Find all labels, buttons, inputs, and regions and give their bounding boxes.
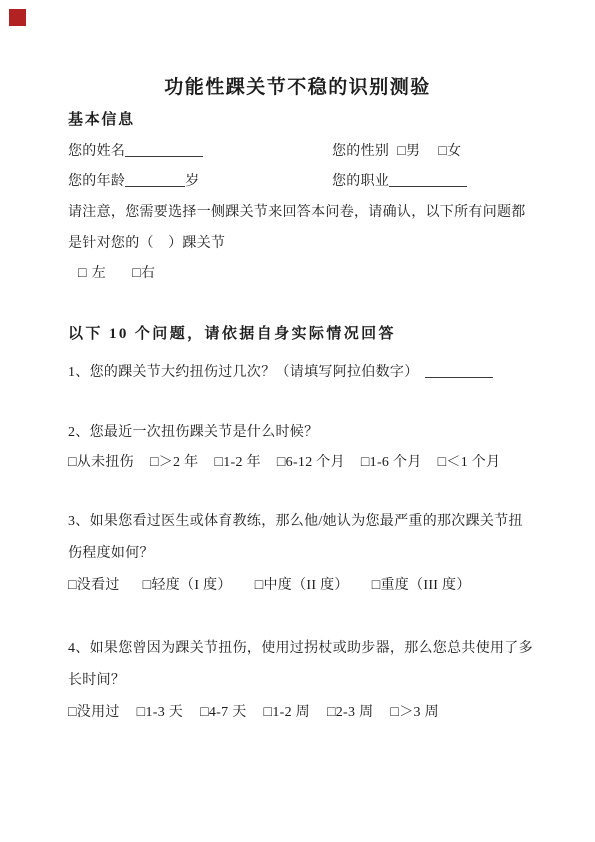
- option-label: 女: [447, 144, 461, 159]
- checkbox-left-ankle[interactable]: □左: [78, 264, 106, 283]
- question-4-options: □没用过□1-3 天□4-7 天□1-2 周□2-3 周□＞3 周: [68, 703, 439, 722]
- question-1-text: 1、您的踝关节大约扭伤过几次？（请填写阿拉伯数字）: [68, 365, 419, 380]
- checkbox-option[interactable]: □1-3 天: [137, 703, 183, 722]
- document-page: 功能性踝关节不稳的识别测验 基本信息 您的姓名 您的性别□男□女 您的年龄岁 您…: [0, 0, 595, 842]
- checkbox-option[interactable]: □2-3 周: [327, 703, 373, 722]
- checkbox-icon: □: [397, 142, 406, 161]
- option-label: 1-2 周: [272, 705, 310, 720]
- option-label: 从未扭伤: [77, 455, 134, 470]
- job-input-line[interactable]: [389, 173, 467, 187]
- option-label: 右: [141, 266, 155, 281]
- question-2-text: 2、您最近一次扭伤踝关节是什么时候？: [68, 423, 318, 442]
- option-label: ＜1 个月: [446, 455, 500, 470]
- checkbox-icon: □: [327, 703, 336, 722]
- checkbox-icon: □: [361, 453, 370, 472]
- checkbox-icon: □: [214, 453, 223, 472]
- checkbox-female[interactable]: □女: [438, 142, 461, 161]
- checkbox-option[interactable]: □重度（III 度）: [372, 576, 471, 595]
- checkbox-option[interactable]: □＜1 个月: [438, 453, 501, 472]
- question-3-options: □没看过□轻度（I 度）□中度（II 度）□重度（III 度）: [68, 576, 471, 595]
- name-label: 您的姓名: [68, 144, 125, 159]
- option-label: 6-12 个月: [286, 455, 345, 470]
- age-unit: 岁: [185, 174, 199, 189]
- checkbox-icon: □: [68, 576, 77, 595]
- checkbox-icon: □: [200, 703, 209, 722]
- checkbox-icon: □: [68, 703, 77, 722]
- checkbox-option[interactable]: □4-7 天: [200, 703, 246, 722]
- side-select-row: □左□右: [78, 264, 155, 283]
- checkbox-icon: □: [150, 453, 159, 472]
- checkbox-icon: □: [438, 142, 447, 161]
- checkbox-right-ankle[interactable]: □右: [132, 264, 155, 283]
- age-input-line[interactable]: [125, 173, 185, 187]
- option-label: 2-3 周: [336, 705, 374, 720]
- red-corner-marker: [9, 9, 26, 26]
- checkbox-male[interactable]: □男: [397, 142, 420, 161]
- checkbox-icon: □: [78, 264, 87, 283]
- checkbox-option[interactable]: □从未扭伤: [68, 453, 134, 472]
- option-label: 左: [92, 266, 106, 281]
- gender-label: 您的性别: [332, 144, 389, 159]
- section-heading-questions: 以下 10 个问题，请依据自身实际情况回答: [68, 325, 396, 344]
- doc-title: 功能性踝关节不稳的识别测验: [0, 72, 595, 99]
- job-field-row: 您的职业: [332, 172, 467, 191]
- checkbox-option[interactable]: □轻度（I 度）: [143, 576, 232, 595]
- name-input-line[interactable]: [125, 143, 203, 157]
- checkbox-option[interactable]: □1-2 周: [264, 703, 310, 722]
- checkbox-option[interactable]: □中度（II 度）: [255, 576, 349, 595]
- checkbox-icon: □: [277, 453, 286, 472]
- option-label: 1-2 年: [223, 455, 261, 470]
- age-label: 您的年龄: [68, 174, 125, 189]
- checkbox-icon: □: [264, 703, 273, 722]
- option-label: 4-7 天: [209, 705, 247, 720]
- question-3-text-line2: 伤程度如何？: [68, 544, 154, 563]
- checkbox-icon: □: [390, 703, 399, 722]
- option-label: 重度（III 度）: [380, 578, 470, 593]
- question-1: 1、您的踝关节大约扭伤过几次？（请填写阿拉伯数字）: [68, 363, 493, 382]
- checkbox-icon: □: [132, 264, 141, 283]
- checkbox-option[interactable]: □没用过: [68, 703, 120, 722]
- question-3-text-line1: 3、如果您看过医生或体育教练，那么他/她认为您最严重的那次踝关节扭: [68, 512, 523, 531]
- question-4-text-line1: 4、如果您曾因为踝关节扭伤，使用过拐杖或助步器，那么您总共使用了多: [68, 639, 533, 658]
- option-label: ＞2 年: [159, 455, 199, 470]
- option-label: 轻度（I 度）: [151, 578, 231, 593]
- section-heading-basic-info: 基本信息: [68, 111, 135, 130]
- age-field-row: 您的年龄岁: [68, 172, 200, 191]
- checkbox-option[interactable]: □6-12 个月: [277, 453, 345, 472]
- checkbox-option[interactable]: □＞3 周: [390, 703, 438, 722]
- option-label: 没看过: [77, 578, 120, 593]
- checkbox-option[interactable]: □＞2 年: [150, 453, 198, 472]
- option-label: 没用过: [77, 705, 120, 720]
- note-line-2: 是针对您的（ ）踝关节: [68, 234, 225, 253]
- checkbox-option[interactable]: □没看过: [68, 576, 120, 595]
- option-label: 中度（II 度）: [263, 578, 348, 593]
- option-label: 男: [406, 144, 420, 159]
- job-label: 您的职业: [332, 174, 389, 189]
- option-label: 1-6 个月: [370, 455, 422, 470]
- gender-field-row: 您的性别□男□女: [332, 142, 461, 161]
- checkbox-option[interactable]: □1-2 年: [214, 453, 260, 472]
- q1-answer-line[interactable]: [425, 364, 493, 378]
- question-4-text-line2: 长时间？: [68, 671, 125, 690]
- name-field-row: 您的姓名: [68, 142, 203, 161]
- question-2-options: □从未扭伤□＞2 年□1-2 年□6-12 个月□1-6 个月□＜1 个月: [68, 453, 500, 472]
- checkbox-option[interactable]: □1-6 个月: [361, 453, 422, 472]
- option-label: ＞3 周: [399, 705, 439, 720]
- option-label: 1-3 天: [145, 705, 183, 720]
- checkbox-icon: □: [68, 453, 77, 472]
- note-line-1: 请注意，您需要选择一侧踝关节来回答本问卷，请确认，以下所有问题都: [68, 203, 526, 222]
